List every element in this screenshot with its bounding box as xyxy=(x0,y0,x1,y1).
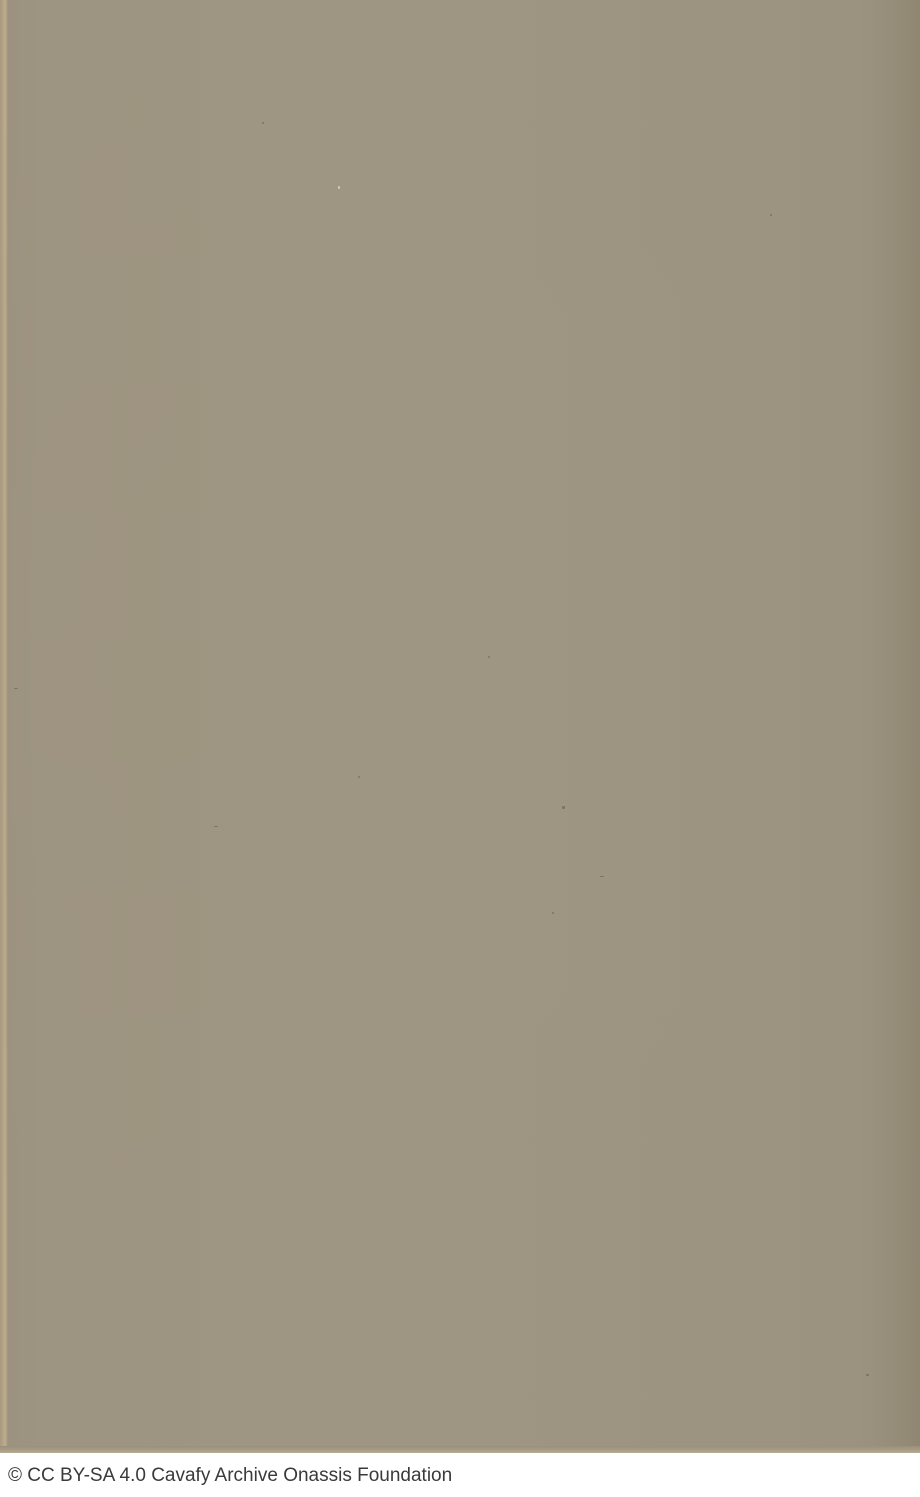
footer: © CC BY-SA 4.0 Cavafy Archive Onassis Fo… xyxy=(0,1453,920,1497)
paper-speck xyxy=(338,186,340,189)
paper-speck xyxy=(866,1374,869,1376)
paper-speck xyxy=(214,826,218,827)
paper-speck xyxy=(488,656,490,658)
paper-speck xyxy=(358,776,360,778)
page-bottom-edge xyxy=(0,1446,920,1453)
paper-speck xyxy=(14,688,18,689)
copyright-credit: © CC BY-SA 4.0 Cavafy Archive Onassis Fo… xyxy=(8,1465,452,1487)
paper-speck xyxy=(262,122,264,124)
paper-speck xyxy=(552,912,554,914)
paper-speck xyxy=(600,876,604,877)
paper-speck xyxy=(562,806,565,809)
scanned-page xyxy=(0,0,920,1453)
paper-speck xyxy=(770,214,772,216)
